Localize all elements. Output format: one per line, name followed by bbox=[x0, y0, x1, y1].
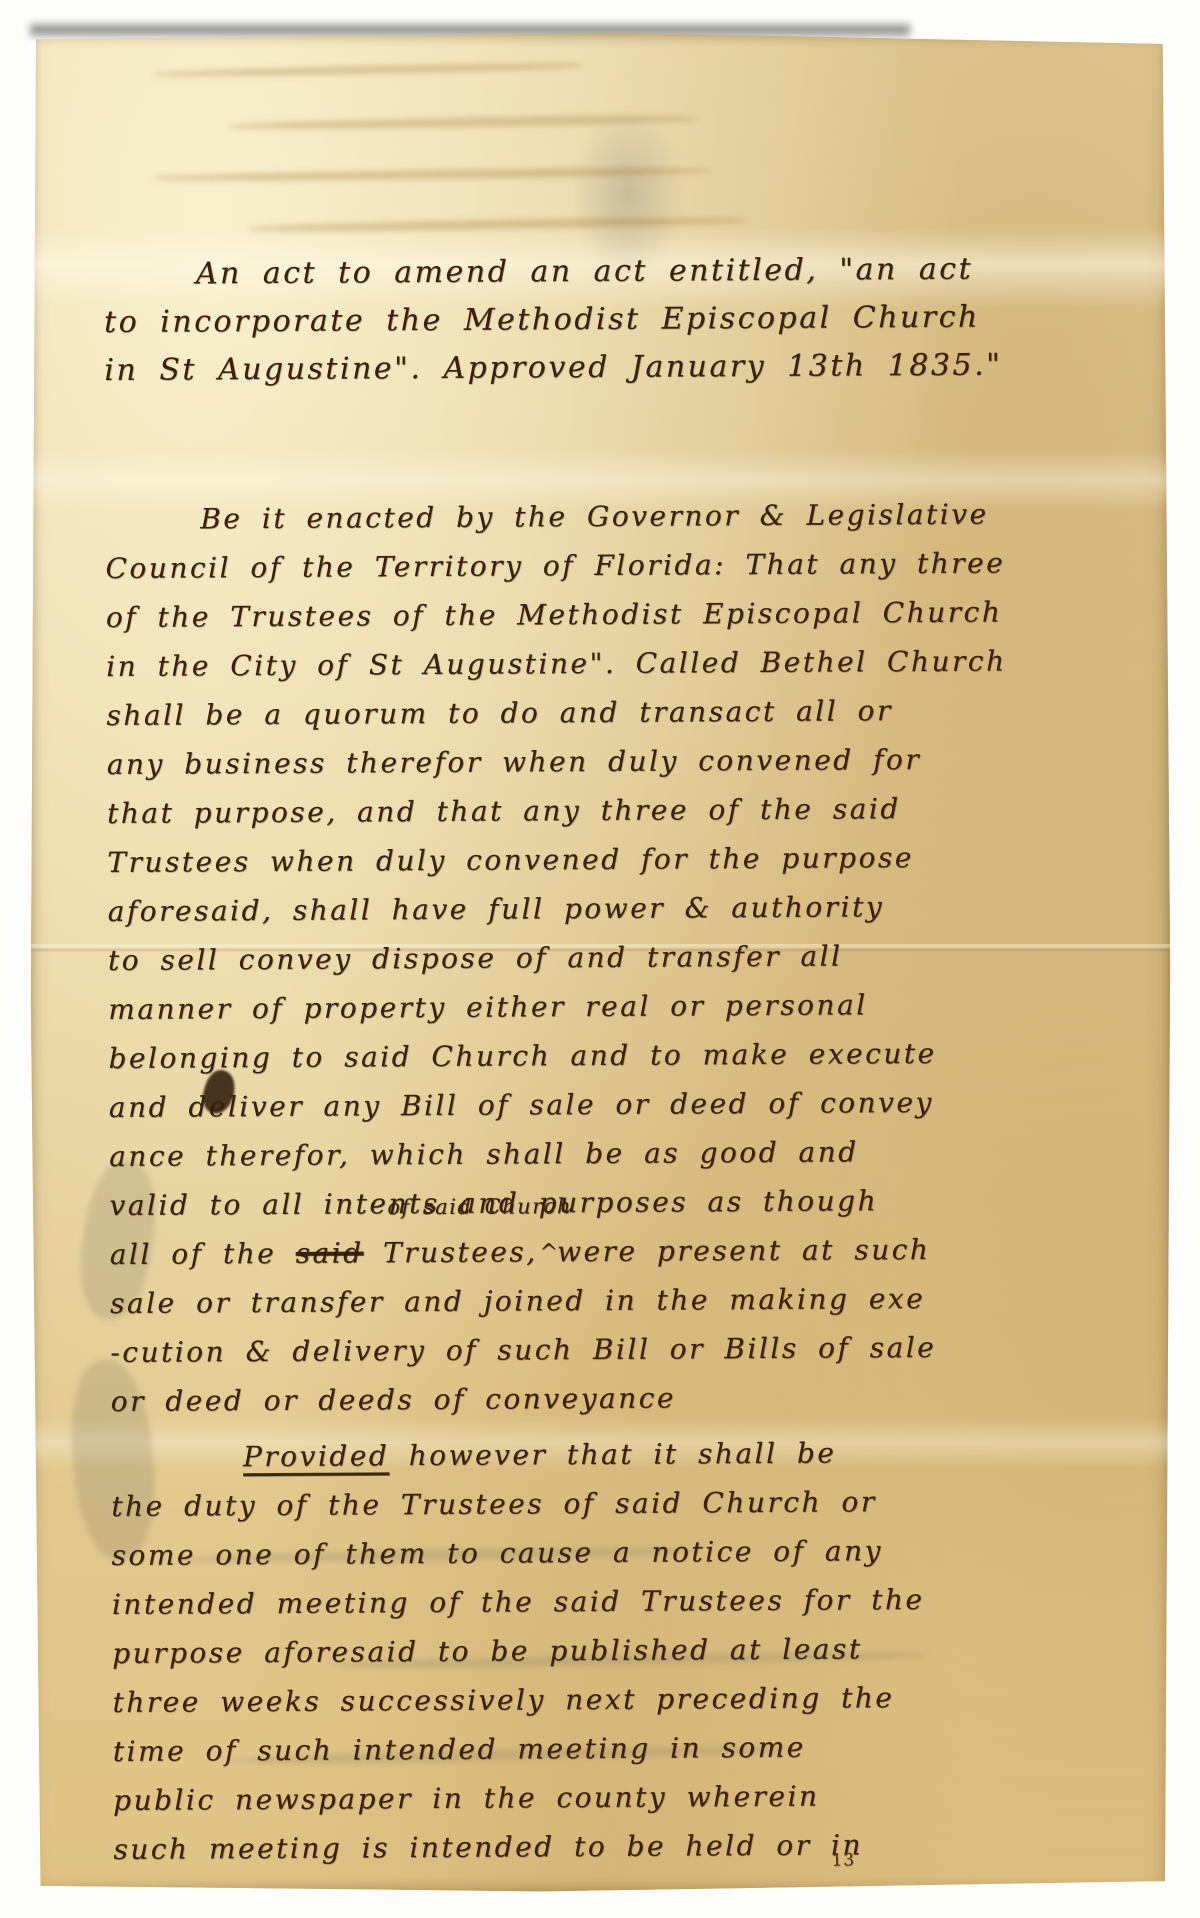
manuscript-line: any business therefor when duly convened… bbox=[107, 734, 1127, 789]
inserted-text: of said Church bbox=[387, 1182, 572, 1232]
scan-edge-shadow bbox=[30, 24, 910, 36]
manuscript-line: of the Trustees of the Methodist Episcop… bbox=[106, 587, 1126, 642]
manuscript-line: and deliver any Bill of sale or deed of … bbox=[109, 1077, 1129, 1132]
manuscript-line: to sell convey dispose of and transfer a… bbox=[108, 930, 1128, 985]
manuscript-line: such meeting is intended to be held or i… bbox=[113, 1819, 1133, 1874]
line-segment: all of the bbox=[110, 1237, 296, 1271]
struck-word: said bbox=[296, 1236, 364, 1269]
paragraph-proviso-clause: Provided however that it shall be the du… bbox=[111, 1427, 1134, 1874]
heading-line: An act to amend an act entitled, "an act bbox=[104, 245, 1104, 299]
underlined-word: Provided bbox=[243, 1439, 389, 1473]
manuscript-line: Trustees when duly convened for the purp… bbox=[107, 832, 1127, 887]
paper-sheet: An act to amend an act entitled, "an act… bbox=[28, 30, 1173, 1896]
manuscript-line: belonging to said Church and to make exe… bbox=[108, 1028, 1128, 1083]
manuscript-line: the duty of the Trustees of said Church … bbox=[111, 1476, 1131, 1531]
line-segment: however that it shall be bbox=[389, 1437, 836, 1473]
manuscript-line: time of such intended meeting in some bbox=[113, 1721, 1133, 1776]
manuscript-line-with-underline: Provided however that it shall be bbox=[111, 1427, 1131, 1482]
manuscript-line: or deed or deeds of conveyance bbox=[111, 1371, 1131, 1426]
manuscript-line: Council of the Territory of Florida: Tha… bbox=[105, 538, 1125, 593]
manuscript-line: aforesaid, shall have full power & autho… bbox=[108, 881, 1128, 936]
manuscript-line: three weeks successively next preceding … bbox=[112, 1672, 1132, 1727]
manuscript-line: ance therefor, which shall be as good an… bbox=[109, 1126, 1129, 1181]
manuscript-line: Be it enacted by the Governor & Legislat… bbox=[105, 489, 1125, 544]
manuscript-line: sale or transfer and joined in the makin… bbox=[110, 1273, 1130, 1328]
manuscript-line: purpose aforesaid to be published at lea… bbox=[112, 1623, 1132, 1678]
manuscript-line: intended meeting of the said Trustees fo… bbox=[112, 1574, 1132, 1629]
heading-line: to incorporate the Methodist Episcopal C… bbox=[104, 293, 1104, 347]
line-segment: Trustees, bbox=[364, 1235, 538, 1269]
heading-line: in St Augustine". Approved January 13th … bbox=[104, 341, 1104, 395]
manuscript-line: valid to all intents and purposes as tho… bbox=[109, 1175, 1129, 1230]
manuscript-line-with-correction: all of the said Trustees,of said Church^… bbox=[110, 1224, 1130, 1279]
page-number: 13 bbox=[831, 1850, 855, 1871]
manuscript-line: shall be a quorum to do and transact all… bbox=[106, 685, 1126, 740]
act-heading: An act to amend an act entitled, "an act… bbox=[104, 245, 1105, 395]
paragraph-enacting-clause: Be it enacted by the Governor & Legislat… bbox=[105, 489, 1131, 1426]
manuscript-line: -cution & delivery of such Bill or Bills… bbox=[110, 1322, 1130, 1377]
manuscript-line: public newspaper in the county wherein bbox=[113, 1770, 1133, 1825]
manuscript-line: some one of them to cause a notice of an… bbox=[111, 1525, 1131, 1580]
manuscript-line: that purpose, and that any three of the … bbox=[107, 783, 1127, 838]
manuscript-line: manner of property either real or person… bbox=[108, 979, 1128, 1034]
document-scan: An act to amend an act entitled, "an act… bbox=[0, 0, 1200, 1918]
manuscript-line: in the City of St Augustine". Called Bet… bbox=[106, 636, 1126, 691]
line-segment: were present at such bbox=[538, 1233, 931, 1268]
caret-mark: ^ bbox=[539, 1228, 560, 1277]
manuscript-text: An act to amend an act entitled, "an act… bbox=[22, 27, 1178, 1900]
